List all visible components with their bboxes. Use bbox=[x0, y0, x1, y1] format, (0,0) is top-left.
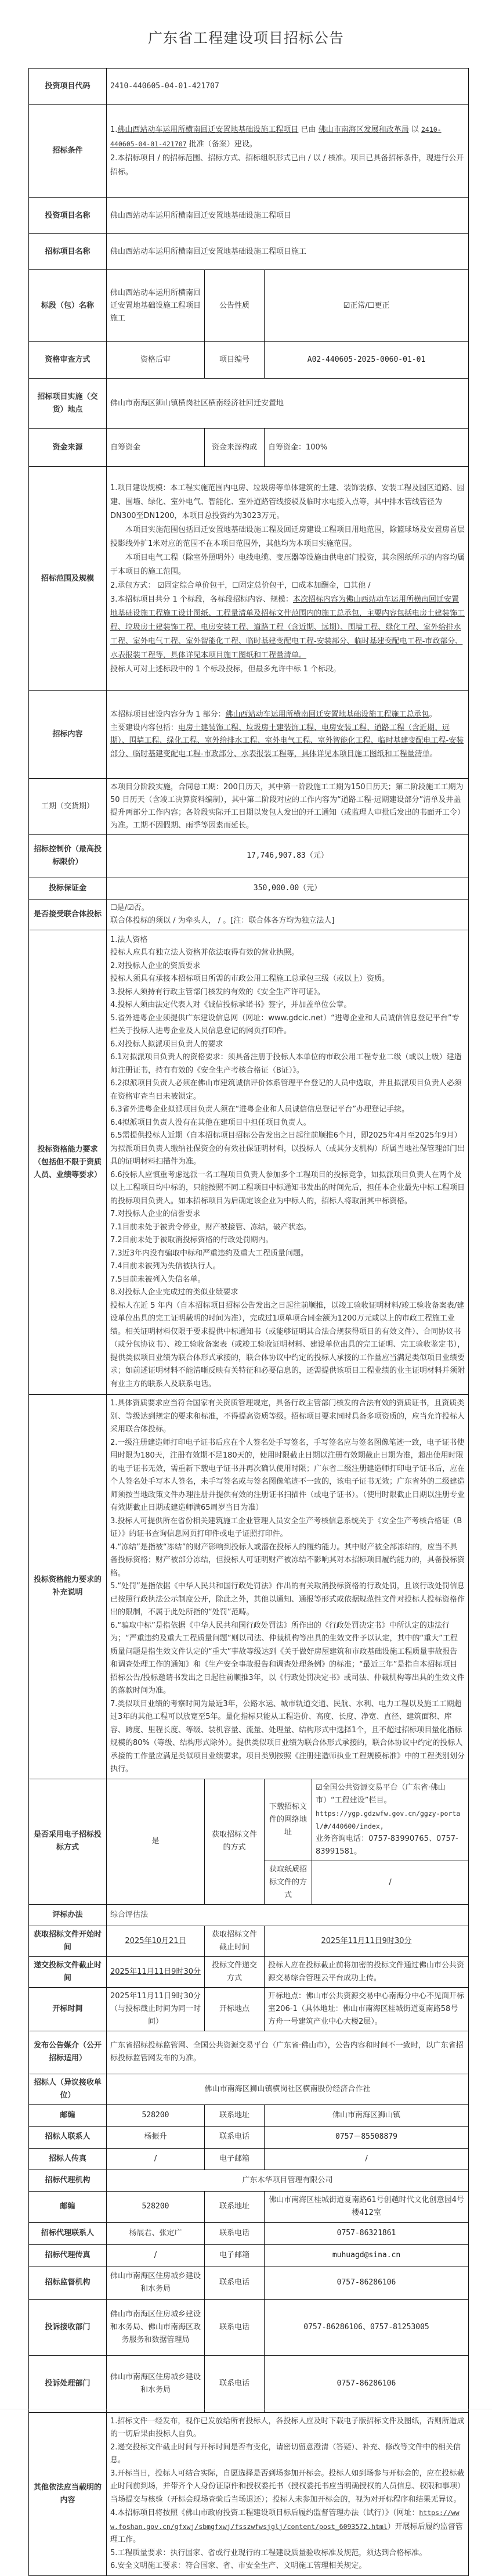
req-line: 6.对投标人拟派项目负责人的要求 bbox=[110, 1038, 465, 1052]
label: 招标项目实施（交货）地点 bbox=[29, 379, 107, 429]
req-line: 6.1对拟派项目负责人的资格要求：须具备注册于投标人本单位的市政公用工程专业二级… bbox=[110, 1051, 465, 1077]
notice-nature-checkbox: ☑正常/☐更正 bbox=[265, 270, 469, 342]
req-line: 6.3省外进粤企业拟派项目负责人须在“进粤企业和人员诚信信息登记平台”办理登记手… bbox=[110, 1103, 465, 1117]
label: 项目编号 bbox=[205, 342, 265, 379]
row-investment-code: 投资项目代码 2410-440605-04-01-421707 bbox=[29, 69, 469, 105]
supervisor-value: 佛山市南海区住房城乡建设和水务局 bbox=[107, 2266, 205, 2299]
paper-value: / bbox=[312, 1861, 469, 1904]
supplement-line: 6.“骗取中标”是指依据《中华人民共和国行政处罚法》所作出的《行政处罚决定书》中… bbox=[110, 1620, 465, 1698]
req-line: 5.省外进粤企业须提供广东建设信息网（网址：www.gdcic.net）“进粤企… bbox=[110, 1012, 465, 1038]
row-section-name: 标段（包）名称 佛山西站动车运用所横南回迁安置地基础设施工程项目施工 公告性质 … bbox=[29, 270, 469, 342]
row-tenderer: 招标人（异议接收单位） 佛山市南海区狮山镇横岗社区横南股份经济合作社 bbox=[29, 2074, 469, 2104]
download-value: ☑全国公共资源交易平台（广东省·佛山市）“工程建设”栏目。 https://yg… bbox=[312, 1779, 469, 1861]
scope-p3: 本项目电气工程（除室外照明外）电线电缆、变压器等设施由供电部门投资，其余图纸所示… bbox=[110, 551, 465, 579]
label: 投资项目名称 bbox=[29, 198, 107, 234]
supplement-line: 1.具体资质要求应当符合国家有关资质管理规定，具备行政主管部门核发的合法有效的资… bbox=[110, 1397, 465, 1437]
label: 邮编 bbox=[29, 2191, 107, 2222]
req-line: 8.对投标人企业完成过的类似业绩要求 bbox=[110, 1286, 465, 1300]
row-evaluation: 评标办法 综合评估法 bbox=[29, 1904, 469, 1926]
req-line: 7.1目前未处于被责令停业，财产被接管、冻结，破产状态。 bbox=[110, 1221, 465, 1235]
consortium-value: ☐是/☑否。 联合体投标的须以 / 为牵头人， / 。[注：联合体各方均为独立法… bbox=[107, 900, 469, 930]
other-line: 1.招标文件一经发布，视作已发放给所有投标人，各投标人应及时下载电子版招标文件及… bbox=[110, 2415, 465, 2441]
location-value: 佛山市南海区狮山镇横岗社区横南经济社回迁安置地 bbox=[107, 379, 469, 429]
row-opening: 开标时间 2025年11月11日9时30分（与投标截止时间为同一时间） 开标地点… bbox=[29, 1987, 469, 2031]
label: 联系电话 bbox=[205, 2266, 265, 2299]
label: 工期（交货期） bbox=[29, 779, 107, 835]
label: 招标范围及规模 bbox=[29, 467, 107, 691]
page-title: 广东省工程建设项目招标公告 bbox=[0, 0, 492, 68]
req-line: 投标人应具有独立法人资格并依法取得有效的营业执照。 bbox=[110, 947, 465, 960]
label: 招标项目名称 bbox=[29, 234, 107, 270]
label: 是否采用电子招标投标方式 bbox=[29, 1779, 107, 1904]
req-line: 7.3近3年内没有骗取中标和严重违约及重大工程质量问题。 bbox=[110, 1247, 465, 1261]
req-line: 6.6投标人应慎重考虑选派一名工程项目负责人参加多个工程项目的投标竞争，如拟派项… bbox=[110, 1169, 465, 1208]
label: 投标保证金 bbox=[29, 877, 107, 900]
row-doc-time: 获取招标文件开始时间 2025年10月21日 获取招标文件截止时间 2025年1… bbox=[29, 1926, 469, 1956]
row-media: 发布公告媒介（公开招标适用） 广东省招标投标监管网、全国公共资源交易平台（广东省… bbox=[29, 2031, 469, 2074]
other-line: 6.安全文明施工要求：符合国家、省、市安全生产、文明施工管理相关规定。 bbox=[110, 2560, 465, 2573]
other-line: 5.工程质量要求：执行国家、省或行业现行的工程建设质量验收标准及规范，须达到合格… bbox=[110, 2547, 465, 2560]
text: 3.本招标项目共分 1 个标段，各标段招标内容、规模： bbox=[110, 595, 293, 604]
req-line: 7.5目前未被列入失信名单。 bbox=[110, 1273, 465, 1287]
content-underlined: 佛山西站动车运用所横南回迁安置地基础设施工程施工总承包 bbox=[226, 710, 429, 719]
phone-value: 0757-86286106、0757-81253005 bbox=[265, 2299, 469, 2355]
bidder-requirements-value: 1.法人资格 投标人应具有独立法人资格并依法取得有效的营业执照。 2.对投标人企… bbox=[107, 930, 469, 1395]
qualification-value: 资格后审 bbox=[107, 342, 205, 379]
row-agency: 招标代理机构 广东木华项目管理有限公司 bbox=[29, 2170, 469, 2191]
row-tenderer-contact: 招标人联系人 杨振升 联系电话 0757－85508879 bbox=[29, 2126, 469, 2148]
agency-value: 广东木华项目管理有限公司 bbox=[107, 2170, 469, 2191]
row-funding: 资金来源 自筹资金 资金来源构成 自筹资金：100% bbox=[29, 429, 469, 467]
req-line: 投标人须具有承接本招标项目所需的市政公用工程施工总承包三级（或以上）资质。 bbox=[110, 973, 465, 986]
phone-value: 0757－85508879 bbox=[265, 2126, 469, 2148]
label: 招标条件 bbox=[29, 105, 107, 198]
text: 本招标项目建设内容分为 1 部分： bbox=[110, 710, 226, 719]
fax-value: / bbox=[107, 2244, 205, 2266]
row-investment-name: 投资项目名称 佛山西站动车运用所横南回迁安置地基础设施工程项目 bbox=[29, 198, 469, 234]
other-line: 2.递交投标文件截止时间与开标时间是否有变化，请密切留意澄清（答疑）、补充、修改… bbox=[110, 2441, 465, 2467]
req-line: 2.对投标人企业的资质要求 bbox=[110, 960, 465, 973]
label: 获取招标文件截止时间 bbox=[205, 1926, 265, 1956]
label: 联系电话 bbox=[205, 2222, 265, 2244]
scope-p6: 投标人可对上述标段中的 1 个标段投标，但最多允许中标 1 个标段。 bbox=[110, 663, 465, 677]
label: 投诉接收部门 bbox=[29, 2299, 107, 2355]
phone-value: 0757-86321861 bbox=[265, 2222, 469, 2244]
e-bidding-value: 是 bbox=[107, 1779, 205, 1904]
supplement-line: 7.类似项目业绩的考察时间为最近3年，公路水运、城市轨道交通、民航、水利、电力工… bbox=[110, 1698, 465, 1776]
row-complaint-receive: 投诉接收部门 佛山市南海区住房城乡建设和水务局、佛山市南海区政务服务和数据管理局… bbox=[29, 2299, 469, 2355]
row-conditions: 招标条件 1.佛山西站动车运用所横南回迁安置地基础设施工程项目 已由 佛山市南海… bbox=[29, 105, 469, 198]
consortium-checkbox: ☐是/☑否。 bbox=[110, 902, 465, 915]
row-other: 其他依法应当载明的内容 1.招标文件一经发布，视作已发放给所有投标人，各投标人应… bbox=[29, 2412, 469, 2575]
project-name-underlined: 佛山西站动车运用所横南回迁安置地基础设施工程项目 bbox=[117, 125, 298, 134]
label: 投标资格能力要求的补充说明 bbox=[29, 1395, 107, 1779]
label: 资金来源构成 bbox=[205, 429, 265, 467]
label: 获取招标文件开始时间 bbox=[29, 1926, 107, 1956]
tender-name-value: 佛山西站动车运用所横南回迁安置地基础设施工程项目施工 bbox=[107, 234, 469, 270]
fax-value: / bbox=[107, 2148, 205, 2170]
funding-composition-value: 自筹资金：100% bbox=[265, 429, 469, 467]
text: 4.本招标项目将按照《佛山市政府投资工程建设项目标后履约监督管理办法（试行）》（… bbox=[110, 2509, 419, 2517]
label: 开标地点 bbox=[205, 1987, 265, 2031]
supplement-line: 4.“冻结”是指被“冻结”的财产影响到投标人或潜在投标人的履约能力。其中财产被全… bbox=[110, 1541, 465, 1581]
duration-value: 本项目分阶段实施，合同总工期：200日历天，其中第一阶段施工工期为150日历天；… bbox=[107, 779, 469, 835]
label: 电子邮箱 bbox=[205, 2148, 265, 2170]
label: 联系地址 bbox=[205, 2191, 265, 2222]
req-line: 投标人在近 5 年内（自本招标项目招标公告发出之日起往前顺推，以竣工验收证明材料… bbox=[110, 1300, 465, 1391]
row-bidder-requirements: 投标资格能力要求（包括但不限于资质人员、业绩等要求） 1.法人资格 投标人应具有… bbox=[29, 930, 469, 1395]
row-content: 招标内容 本招标项目建设内容分为 1 部分：佛山西站动车运用所横南回迁安置地基础… bbox=[29, 691, 469, 779]
evaluation-value: 综合评估法 bbox=[107, 1904, 469, 1926]
req-line: 4.投标人须由法定代表人对《诚信投标承诺书》签字，并加盖单位公章。 bbox=[110, 999, 465, 1012]
section-name-value: 佛山西站动车运用所横南回迁安置地基础设施工程项目施工 bbox=[107, 270, 205, 342]
investment-code-value: 2410-440605-04-01-421707 bbox=[107, 69, 469, 105]
label: 其他依法应当载明的内容 bbox=[29, 2412, 107, 2575]
label: 资格审查方式 bbox=[29, 342, 107, 379]
scope-value: 1.项目建设规模：本工程实施范围内电房、垃圾房等单体建筑的土建、装饰装修、安装工… bbox=[107, 467, 469, 691]
consortium-note: 联合体投标的须以 / 为牵头人， / 。[注：联合体各方均为独立法人] bbox=[110, 915, 465, 927]
postcode-value: 528200 bbox=[107, 2191, 205, 2222]
section-content-underlined: 本次招标内容为佛山西站动车运用所横南回迁安置地基础设施工程施工设计图纸、工程量清… bbox=[110, 595, 465, 660]
tender-notice-table: 投资项目代码 2410-440605-04-01-421707 招标条件 1.佛… bbox=[28, 68, 469, 2576]
consult-phone: 业务咨询电话：0757-83990765、0757-83991581。 bbox=[316, 1833, 465, 1858]
tenderer-value: 佛山市南海区狮山镇横岗社区横南股份经济合作社 bbox=[107, 2074, 469, 2104]
address-value: 佛山市南海区桂城街道夏南路61号创越时代文化创意园4号楼412室 bbox=[265, 2191, 469, 2222]
platform-checkbox: ☑全国公共资源交易平台（广东省·佛山市）“工程建设”栏目。 bbox=[316, 1782, 465, 1807]
label: 招标人传真 bbox=[29, 2148, 107, 2170]
label: 资金来源 bbox=[29, 429, 107, 467]
req-line: 7.2目前未处于被取消投标资格的行政处罚期内。 bbox=[110, 1234, 465, 1247]
label: 下载招标文件的网络地址 bbox=[265, 1779, 312, 1861]
label: 招标内容 bbox=[29, 691, 107, 779]
text: 批准（备案）建设。 bbox=[187, 140, 257, 149]
row-location: 招标项目实施（交货）地点 佛山市南海区狮山镇横岗社区横南经济社回迁安置地 bbox=[29, 379, 469, 429]
row-control-price: 招标控制价（最高投标限价） 17,746,907.83（元） bbox=[29, 835, 469, 877]
label: 联系电话 bbox=[205, 2126, 265, 2148]
download-link[interactable]: https://ygp.gdzwfw.gov.cn/ggzy-portal/#/… bbox=[316, 1807, 465, 1833]
label: 递交投标文件截止时间 bbox=[29, 1956, 107, 1987]
text: 已由 bbox=[298, 125, 318, 134]
scope-p2: 本项目实施范围包括回迁安置地基础设施工程及回迁房建设工程项目用地范围，除篮球场及… bbox=[110, 523, 465, 551]
label: 标段（包）名称 bbox=[29, 270, 107, 342]
row-duration: 工期（交货期） 本项目分阶段实施，合同总工期：200日历天，其中第一阶段施工工期… bbox=[29, 779, 469, 835]
req-line: 7.4目前未被列为失信被执行人。 bbox=[110, 1260, 465, 1273]
bid-bond-value: 350,000.00（元） bbox=[107, 877, 469, 900]
label: 联系地址 bbox=[205, 2104, 265, 2126]
opening-time-value: 2025年11月11日9时30分（与投标截止时间为同一时间） bbox=[107, 1987, 205, 2031]
supplement-line: 2.一级注册建造师打印电子证书后应在个人签名处手写签名，手写签名应与签名图像笔迹… bbox=[110, 1437, 465, 1515]
conditions-p2: 2.本招标项目 / 的招标范围、招标方式、招标组织形式已由 / 以 / 核准。项… bbox=[110, 152, 465, 179]
opening-place-value: 开标地点：佛山市公共资源交易中心南海分中心不见面开标室206-1（具体地址：佛山… bbox=[265, 1987, 469, 2031]
req-line: 3.投标人须持有行政主管部门核发的有效的《安全生产许可证》。 bbox=[110, 986, 465, 999]
label: 投标文件递交方式 bbox=[205, 1956, 265, 1987]
label: 联系电话 bbox=[205, 2355, 265, 2412]
other-line: 3.开标当日，投标人可结合实际，自愿选择是否到场参加开标会。投标人如到场参与开标… bbox=[110, 2467, 465, 2507]
email-value: / bbox=[265, 2148, 469, 2170]
row-scope: 招标范围及规模 1.项目建设规模：本工程实施范围内电房、垃圾房等单体建筑的土建、… bbox=[29, 467, 469, 691]
label: 获取招标文件的方式 bbox=[205, 1779, 265, 1904]
doc-end-value: 2025年11月11日9时30分 bbox=[265, 1926, 469, 1956]
label: 投标资格能力要求（包括但不限于资质人员、业绩等要求） bbox=[29, 930, 107, 1395]
text: 。 bbox=[430, 750, 437, 758]
funding-value: 自筹资金 bbox=[107, 429, 205, 467]
doc-start-value: 2025年10月21日 bbox=[107, 1926, 205, 1956]
label: 招标代理传真 bbox=[29, 2244, 107, 2266]
address-value: 佛山市南海区狮山镇 bbox=[265, 2104, 469, 2126]
text: 主要建设内容包括： bbox=[110, 724, 178, 732]
label: 投诉处理部门 bbox=[29, 2355, 107, 2412]
req-line: 6.2拟派项目负责人必须在佛山市建筑诚信评价体系管理平台登记的人员中选取，并且拟… bbox=[110, 1077, 465, 1103]
postcode-value: 528200 bbox=[107, 2104, 205, 2126]
row-agency-fax: 招标代理传真 / 电子邮箱 muhuagd@sina.cn bbox=[29, 2244, 469, 2266]
supplement-value: 1.具体资质要求应当符合国家有关资质管理规定，具备行政主管部门核发的合法有效的资… bbox=[107, 1395, 469, 1779]
label: 邮编 bbox=[29, 2104, 107, 2126]
complaint-handle-value: 佛山市南海区住房城乡建设和水务局 bbox=[107, 2355, 205, 2412]
row-consortium: 是否接受联合体投标 ☐是/☑否。 联合体投标的须以 / 为牵头人， / 。[注：… bbox=[29, 900, 469, 930]
submission-method-value: 投标人应在投标截止前将加密的投标文件通过佛山市公共资源交易综合管理云平台成功上传… bbox=[265, 1956, 469, 1987]
req-line: 7.对投标人企业的信誉要求 bbox=[110, 1208, 465, 1221]
label: 招标代理机构 bbox=[29, 2170, 107, 2191]
req-line: 6.4拟派项目负责人没有在其他在建项目中担任项目负责人。 bbox=[110, 1117, 465, 1130]
label: 公告性质 bbox=[205, 270, 265, 342]
row-agency-contact: 招标代理联系人 杨展君、张定广 联系电话 0757-86321861 bbox=[29, 2222, 469, 2244]
label: 招标控制价（最高投标限价） bbox=[29, 835, 107, 877]
label: 获取纸质招标文件的方式 bbox=[265, 1861, 312, 1904]
other-value: 1.招标文件一经发布，视作已发放给所有投标人，各投标人应及时下载电子版招标文件及… bbox=[107, 2412, 469, 2575]
contact-value: 杨展君、张定广 bbox=[107, 2222, 205, 2244]
label: 招标代理联系人 bbox=[29, 2222, 107, 2244]
row-tenderer-post: 邮编 528200 联系地址 佛山市南海区狮山镇 bbox=[29, 2104, 469, 2126]
authority-underlined: 佛山市南海区发展和改革局 bbox=[319, 125, 409, 134]
label: 开标时间 bbox=[29, 1987, 107, 2031]
row-supplement: 投标资格能力要求的补充说明 1.具体资质要求应当符合国家有关资质管理规定，具备行… bbox=[29, 1395, 469, 1779]
media-value: 广东省招标投标监管网、全国公共资源交易平台（广东省·佛山市），公告内容和时间不一… bbox=[107, 2031, 469, 2074]
label: 招标人联系人 bbox=[29, 2126, 107, 2148]
control-price-value: 17,746,907.83（元） bbox=[107, 835, 469, 877]
row-tender-name: 招标项目名称 佛山西站动车运用所横南回迁安置地基础设施工程项目施工 bbox=[29, 234, 469, 270]
label: 评标办法 bbox=[29, 1904, 107, 1926]
row-bid-bond: 投标保证金 350,000.00（元） bbox=[29, 877, 469, 900]
investment-name-value: 佛山西站动车运用所横南回迁安置地基础设施工程项目 bbox=[107, 198, 469, 234]
contact-value: 杨振升 bbox=[107, 2126, 205, 2148]
label: 发布公告媒介（公开招标适用） bbox=[29, 2031, 107, 2074]
footer-divider bbox=[0, 2409, 492, 2409]
label: 投资项目代码 bbox=[29, 69, 107, 105]
submission-deadline-value: 2025年11月11日9时30分 bbox=[107, 1956, 205, 1987]
project-code-value: A02-440605-2025-0060-01-01 bbox=[265, 342, 469, 379]
text: 以 bbox=[409, 125, 421, 134]
row-supervisor: 招标监督机构 佛山市南海区住房城乡建设和水务局 联系电话 0757-862861… bbox=[29, 2266, 469, 2299]
label: 招标人（异议接收单位） bbox=[29, 2074, 107, 2104]
row-e-bidding-download: 是否采用电子招标投标方式 是 获取招标文件的方式 下载招标文件的网络地址 ☑全国… bbox=[29, 1779, 469, 1861]
supplement-line: 3.投标人可提供所在省份相关建筑施工企业管理人员安全生产考核信息系统关于《安全生… bbox=[110, 1515, 465, 1541]
text: 1. bbox=[110, 125, 117, 134]
phone-value: 0757-86286106 bbox=[265, 2266, 469, 2299]
content-value: 本招标项目建设内容分为 1 部分：佛山西站动车运用所横南回迁安置地基础设施工程施… bbox=[107, 691, 469, 779]
complaint-receive-value: 佛山市南海区住房城乡建设和水务局、佛山市南海区政务服务和数据管理局 bbox=[107, 2299, 205, 2355]
req-line: 1.法人资格 bbox=[110, 934, 465, 947]
supplement-line: 5.“处罚”是指依据《中华人民共和国行政处罚法》作出的有关取消投标资格的行政处罚… bbox=[110, 1580, 465, 1620]
row-qualification: 资格审查方式 资格后审 项目编号 A02-440605-2025-0060-01… bbox=[29, 342, 469, 379]
scope-p1: 1.项目建设规模：本工程实施范围内电房、垃圾房等单体建筑的土建、装饰装修、安装工… bbox=[110, 481, 465, 523]
phone-value: 0757-86286106 bbox=[265, 2355, 469, 2412]
contract-method: 2.承包方式： ☑固定综合单价包干，☐固定总价包干，☐成本加酬金，☐其他 / bbox=[110, 579, 465, 593]
label: 是否接受联合体投标 bbox=[29, 900, 107, 930]
row-complaint-handle: 投诉处理部门 佛山市南海区住房城乡建设和水务局 联系电话 0757-862861… bbox=[29, 2355, 469, 2412]
text: 。 bbox=[429, 710, 437, 719]
label: 电子邮箱 bbox=[205, 2244, 265, 2266]
row-agency-post: 邮编 528200 联系地址 佛山市南海区桂城街道夏南路61号创越时代文化创意园… bbox=[29, 2191, 469, 2222]
label: 招标监督机构 bbox=[29, 2266, 107, 2299]
row-tenderer-fax: 招标人传真 / 电子邮箱 / bbox=[29, 2148, 469, 2170]
req-line: 6.5需提供投标人近期（自本招标项目招标公告发出之日起往前顺推6个月，即2025… bbox=[110, 1129, 465, 1169]
label: 联系电话 bbox=[205, 2299, 265, 2355]
email-value[interactable]: muhuagd@sina.cn bbox=[265, 2244, 469, 2266]
row-submission: 递交投标文件截止时间 2025年11月11日9时30分 投标文件递交方式 投标人… bbox=[29, 1956, 469, 1987]
conditions-value: 1.佛山西站动车运用所横南回迁安置地基础设施工程项目 已由 佛山市南海区发展和改… bbox=[107, 105, 469, 198]
